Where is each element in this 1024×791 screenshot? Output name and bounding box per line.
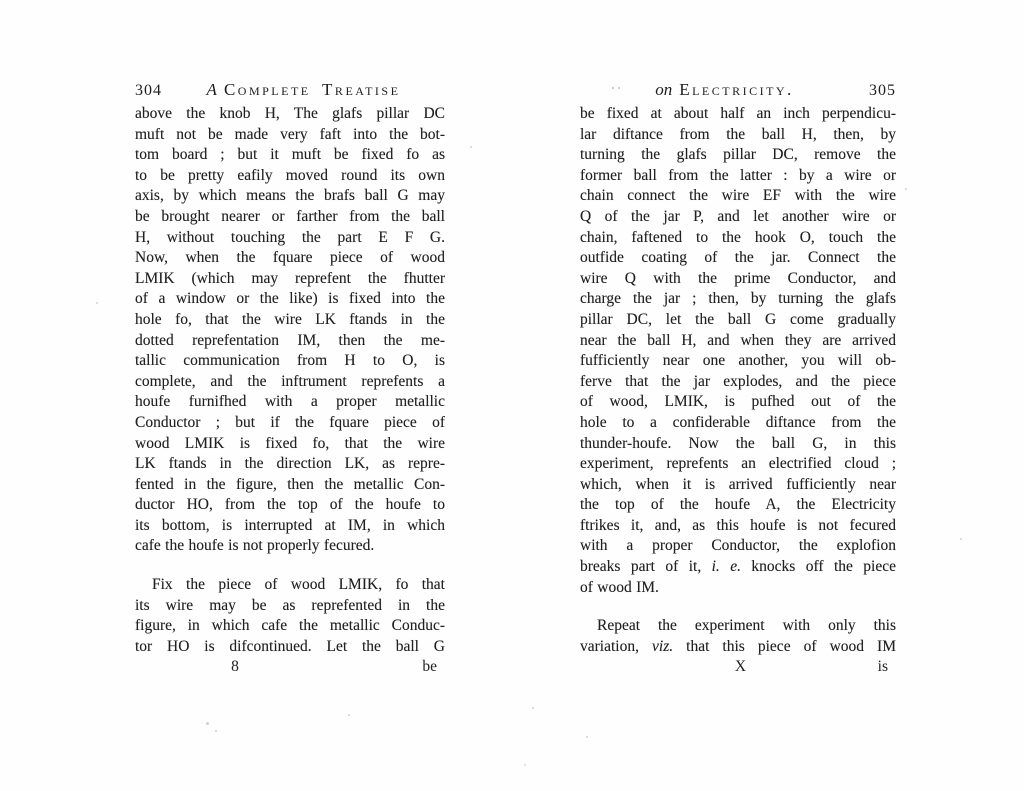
text-fragment: breaks part of it,: [580, 558, 712, 575]
text-line: wire Q with the prime Conductor, and: [580, 269, 896, 290]
header-prefix: on: [655, 80, 672, 99]
text-line: wood LMIK is fixed fo, that the wire: [135, 434, 445, 455]
text-line: of a window or the like) is fixed into t…: [135, 289, 445, 310]
text-line: cafe the houfe is not properly fecured.: [135, 536, 445, 557]
scan-speck: [96, 302, 98, 304]
body-text-left: above the knob H, The glafs pillar DCmuf…: [135, 104, 445, 679]
scan-speck: [532, 707, 534, 709]
signature-row: 8 be: [135, 658, 445, 679]
text-line: complete, and the inftrument reprefents …: [135, 372, 445, 393]
text-line: chain connect the wire EF with the wire: [580, 186, 896, 207]
paragraph: be fixed at about half an inch perpendic…: [580, 104, 896, 598]
signature-mark: 8: [231, 658, 239, 676]
text-line: Q of the jar P, and let another wire or: [580, 207, 896, 228]
text-line: outfide coating of the jar. Connect the: [580, 248, 896, 269]
text-line: LK ftands in the direction LK, as repre-: [135, 454, 445, 475]
text-line: H, without touching the part E F G.: [135, 228, 445, 249]
body-text-right: be fixed at about half an inch perpendic…: [580, 104, 896, 679]
text-line: dotted reprefentation IM, then the me-: [135, 331, 445, 352]
text-line: Repeat the experiment with only this: [580, 616, 896, 637]
scan-speck: [960, 538, 962, 540]
italic-term: i. e.: [712, 558, 741, 575]
text-line: be brought nearer or farther from the ba…: [135, 207, 445, 228]
text-fragment: variation,: [580, 638, 652, 655]
text-line: Conductor ; but if the fquare piece of: [135, 413, 445, 434]
text-line: LMIK (which may reprefent the fhutter: [135, 269, 445, 290]
text-line: former ball from the latter : by a wire …: [580, 166, 896, 187]
text-line: tom board ; but it muft be fixed fo as: [135, 145, 445, 166]
scan-speck: [905, 188, 907, 190]
text-line: hole to a confiderable diftance from the: [580, 413, 896, 434]
text-line: be fixed at about half an inch perpendic…: [580, 104, 896, 125]
text-line: chain, faftened to the hook O, touch the: [580, 228, 896, 249]
text-line: pillar DC, let the ball G come gradually: [580, 310, 896, 331]
text-line: above the knob H, The glafs pillar DC: [135, 104, 445, 125]
page-number: 305: [869, 82, 896, 100]
right-page: onElectricity. 305 be fixed at about hal…: [580, 80, 896, 679]
text-fragment: knocks off the piece: [741, 558, 896, 575]
catchword: is: [878, 658, 888, 676]
text-line: houfe furnifhed with a proper metallic: [135, 392, 445, 413]
page-number: 304: [135, 82, 162, 100]
text-line: with a proper Conductor, the explofion: [580, 536, 896, 557]
text-line: its bottom, is interrupted at IM, in whi…: [135, 516, 445, 537]
text-fragment: that this piece of wood IM: [673, 638, 896, 655]
text-line: fented in the figure, then the metallic …: [135, 475, 445, 496]
paragraph: Fix the piece of wood LMIK, fo thatits w…: [135, 575, 445, 657]
book-spread-scan: 304 AComplete Treatise above the knob H,…: [0, 0, 1024, 791]
scan-speck: [612, 87, 614, 89]
header-title-text: Electricity.: [679, 80, 794, 99]
text-line: axis, by which means the brafs ball G ma…: [135, 186, 445, 207]
text-line: turning the glafs pillar DC, remove the: [580, 145, 896, 166]
header-title: onElectricity.: [580, 80, 869, 100]
signature-mark: X: [735, 658, 746, 676]
signature-row: X is: [580, 658, 896, 679]
text-line: breaks part of it, i. e. knocks off the …: [580, 557, 896, 578]
scan-speck: [348, 714, 350, 716]
italic-term: viz.: [652, 638, 673, 655]
scan-speck: [618, 87, 620, 89]
text-line: tor HO is difcontinued. Let the ball G: [135, 637, 445, 658]
scan-speck: [215, 730, 217, 732]
text-line: of wood IM.: [580, 578, 896, 599]
text-line: near the ball H, and when they are arriv…: [580, 331, 896, 352]
running-header-left: 304 AComplete Treatise: [135, 80, 445, 102]
text-line: fufficiently near one another, you will …: [580, 351, 896, 372]
text-line: tallic communication from H to O, is: [135, 351, 445, 372]
paragraph: above the knob H, The glafs pillar DCmuf…: [135, 104, 445, 557]
paragraph: Repeat the experiment with only this var…: [580, 616, 896, 657]
text-line: hole fo, that the wire LK ftands in the: [135, 310, 445, 331]
text-line: figure, in which cafe the metallic Condu…: [135, 616, 445, 637]
scan-speck: [586, 736, 588, 738]
text-line: Fix the piece of wood LMIK, fo that: [135, 575, 445, 596]
running-header-right: onElectricity. 305: [580, 80, 896, 102]
text-line: thunder-houfe. Now the ball G, in this: [580, 434, 896, 455]
text-line: variation, viz. that this piece of wood …: [580, 637, 896, 658]
text-line: experiment, reprefents an electrified cl…: [580, 454, 896, 475]
text-line: charge the jar ; then, by turning the gl…: [580, 289, 896, 310]
catchword: be: [422, 658, 437, 676]
text-line: which, when it is arrived fufficiently n…: [580, 475, 896, 496]
text-line: ductor HO, from the top of the houfe to: [135, 495, 445, 516]
scan-speck: [470, 146, 472, 148]
text-line: to be pretty eafily moved round its own: [135, 166, 445, 187]
text-line: lar diftance from the ball H, then, by: [580, 125, 896, 146]
header-article: A: [207, 80, 217, 99]
header-title: AComplete Treatise: [162, 80, 445, 100]
text-line: the top of the houfe A, the Electricity: [580, 495, 896, 516]
scan-speck: [206, 722, 209, 725]
left-page: 304 AComplete Treatise above the knob H,…: [135, 80, 445, 679]
text-line: ftrikes it, and, as this houfe is not fe…: [580, 516, 896, 537]
text-line: of wood, LMIK, is pufhed out of the: [580, 392, 896, 413]
header-title-text: Complete Treatise: [224, 80, 401, 99]
text-line: ferve that the jar explodes, and the pie…: [580, 372, 896, 393]
text-line: muft not be made very faft into the bot-: [135, 125, 445, 146]
text-line: Now, when the fquare piece of wood: [135, 248, 445, 269]
scan-speck: [524, 764, 526, 766]
text-line: its wire may be as reprefented in the: [135, 596, 445, 617]
